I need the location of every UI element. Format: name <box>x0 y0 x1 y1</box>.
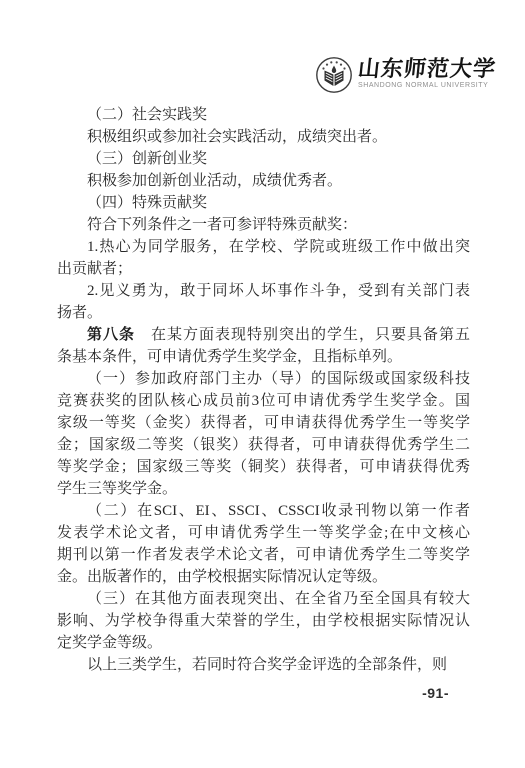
document-line: 学生三等奖学金。 <box>57 478 470 500</box>
document-line: 定奖学金等级。 <box>57 632 470 654</box>
university-seal-icon <box>315 56 353 94</box>
university-name-en: SHANDONG NORMAL UNIVERSITY <box>358 82 496 89</box>
document-line: 金。出版著作的，由学校根据实际情况认定等级。 <box>57 566 470 588</box>
document-line: 2.见义勇为，敢于同坏人坏事作斗争，受到有关部门表 <box>57 280 470 302</box>
article-number: 第八条 <box>87 327 135 343</box>
document-line: 金；国家级二等奖（银奖）获得者，可申请获得优秀学生二 <box>57 434 470 456</box>
document-line: （一）参加政府部门主办（导）的国际级或国家级科技 <box>57 368 470 390</box>
page-number: -91- <box>422 685 449 701</box>
document-line: 扬者。 <box>57 302 470 324</box>
document-line: 积极参加创新创业活动，成绩优秀者。 <box>57 170 470 192</box>
document-line: 符合下列条件之一者可参评特殊贡献奖： <box>57 214 470 236</box>
document-line: 等奖学金；国家级三等奖（铜奖）获得者，可申请获得优秀 <box>57 456 470 478</box>
document-line: 以上三类学生，若同时符合奖学金评选的全部条件，则 <box>57 654 470 676</box>
document-body: （二）社会实践奖积极组织或参加社会实践活动，成绩突出者。（三）创新创业奖积极参加… <box>57 104 470 676</box>
document-line: （三）创新创业奖 <box>57 148 470 170</box>
document-line: 条基本条件，可申请优秀学生奖学金，且指标单列。 <box>57 346 470 368</box>
document-line: 期刊以第一作者发表学术论文者，可申请优秀学生二等奖学 <box>57 544 470 566</box>
document-line: 1.热心为同学服务，在学校、学院或班级工作中做出突 <box>57 236 470 258</box>
university-logo: 山东师范大学 SHANDONG NORMAL UNIVERSITY <box>315 56 496 94</box>
document-line: （三）在其他方面表现突出、在全省乃至全国具有较大 <box>57 588 470 610</box>
document-line: （四）特殊贡献奖 <box>57 192 470 214</box>
document-line: 发表学术论文者，可申请优秀学生一等奖学金;在中文核心 <box>57 522 470 544</box>
document-page: 山东师范大学 SHANDONG NORMAL UNIVERSITY （二）社会实… <box>0 0 525 768</box>
document-line: 积极组织或参加社会实践活动，成绩突出者。 <box>57 126 470 148</box>
document-line: （二）在SCI、EI、SSCI、CSSCI收录刊物以第一作者 <box>57 500 470 522</box>
university-name-cn: 山东师范大学 <box>357 58 497 80</box>
document-line: 第八条 在某方面表现特别突出的学生，只要具备第五 <box>57 324 470 346</box>
document-line: 影响、为学校争得重大荣誉的学生，由学校根据实际情况认 <box>57 610 470 632</box>
university-name-block: 山东师范大学 SHANDONG NORMAL UNIVERSITY <box>358 58 496 89</box>
document-line: 竞赛获奖的团队核心成员前3位可申请优秀学生奖学金。国 <box>57 390 470 412</box>
document-line: 出贡献者； <box>57 258 470 280</box>
document-line: 家级一等奖（金奖）获得者，可申请获得优秀学生一等奖学 <box>57 412 470 434</box>
document-line: （二）社会实践奖 <box>57 104 470 126</box>
